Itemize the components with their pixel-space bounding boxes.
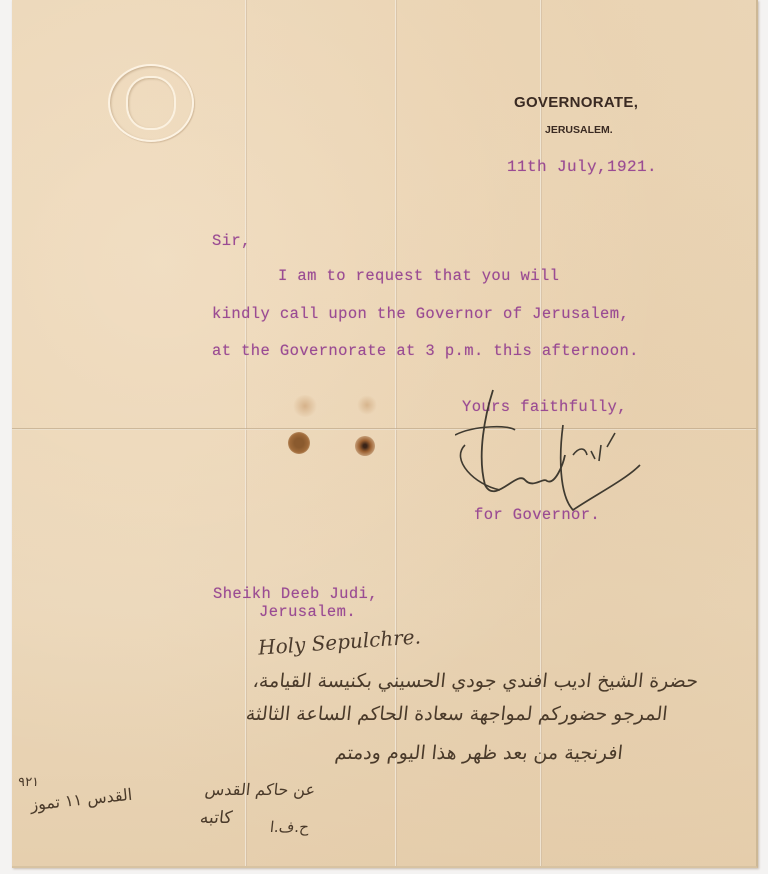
stain-spot (355, 436, 375, 456)
body-line-3: at the Governorate at 3 p.m. this aftern… (212, 342, 639, 360)
signature-icon (455, 385, 655, 515)
letterhead-city: JERUSALEM. (545, 124, 613, 136)
on-behalf-line: for Governor. (474, 506, 600, 524)
embossed-coat-of-arms-icon (108, 64, 194, 142)
arabic-reference: ح.ف.ا (269, 818, 310, 836)
body-line-1: I am to request that you will (278, 267, 559, 285)
addressee-name: Sheikh Deeb Judi, (213, 585, 378, 603)
arabic-year: ٩٢١ (17, 775, 40, 790)
arabic-signoff: عن حاكم القدس (204, 780, 316, 799)
letter-date: 11th July,1921. (507, 158, 657, 176)
arabic-writer: كاتبه (199, 808, 233, 828)
fold-line-vertical (395, 0, 397, 866)
letterhead-office: GOVERNORATE, (514, 94, 638, 111)
salutation: Sir, (212, 232, 251, 250)
stain-spot (288, 432, 310, 454)
arabic-line-3: افرنجية من بعد ظهر هذا اليوم ودمتم (334, 742, 624, 764)
stain-faint (292, 395, 318, 417)
body-line-2: kindly call upon the Governor of Jerusal… (212, 305, 629, 323)
stain-faint (357, 395, 377, 415)
fold-line-vertical (245, 0, 247, 866)
arabic-line-2: المرجو حضوركم لمواجهة سعادة الحاكم الساع… (245, 703, 669, 725)
addressee-city: Jerusalem. (259, 603, 356, 621)
arabic-line-1: حضرة الشيخ اديب افندي جودي الحسيني بكنيس… (252, 670, 699, 692)
